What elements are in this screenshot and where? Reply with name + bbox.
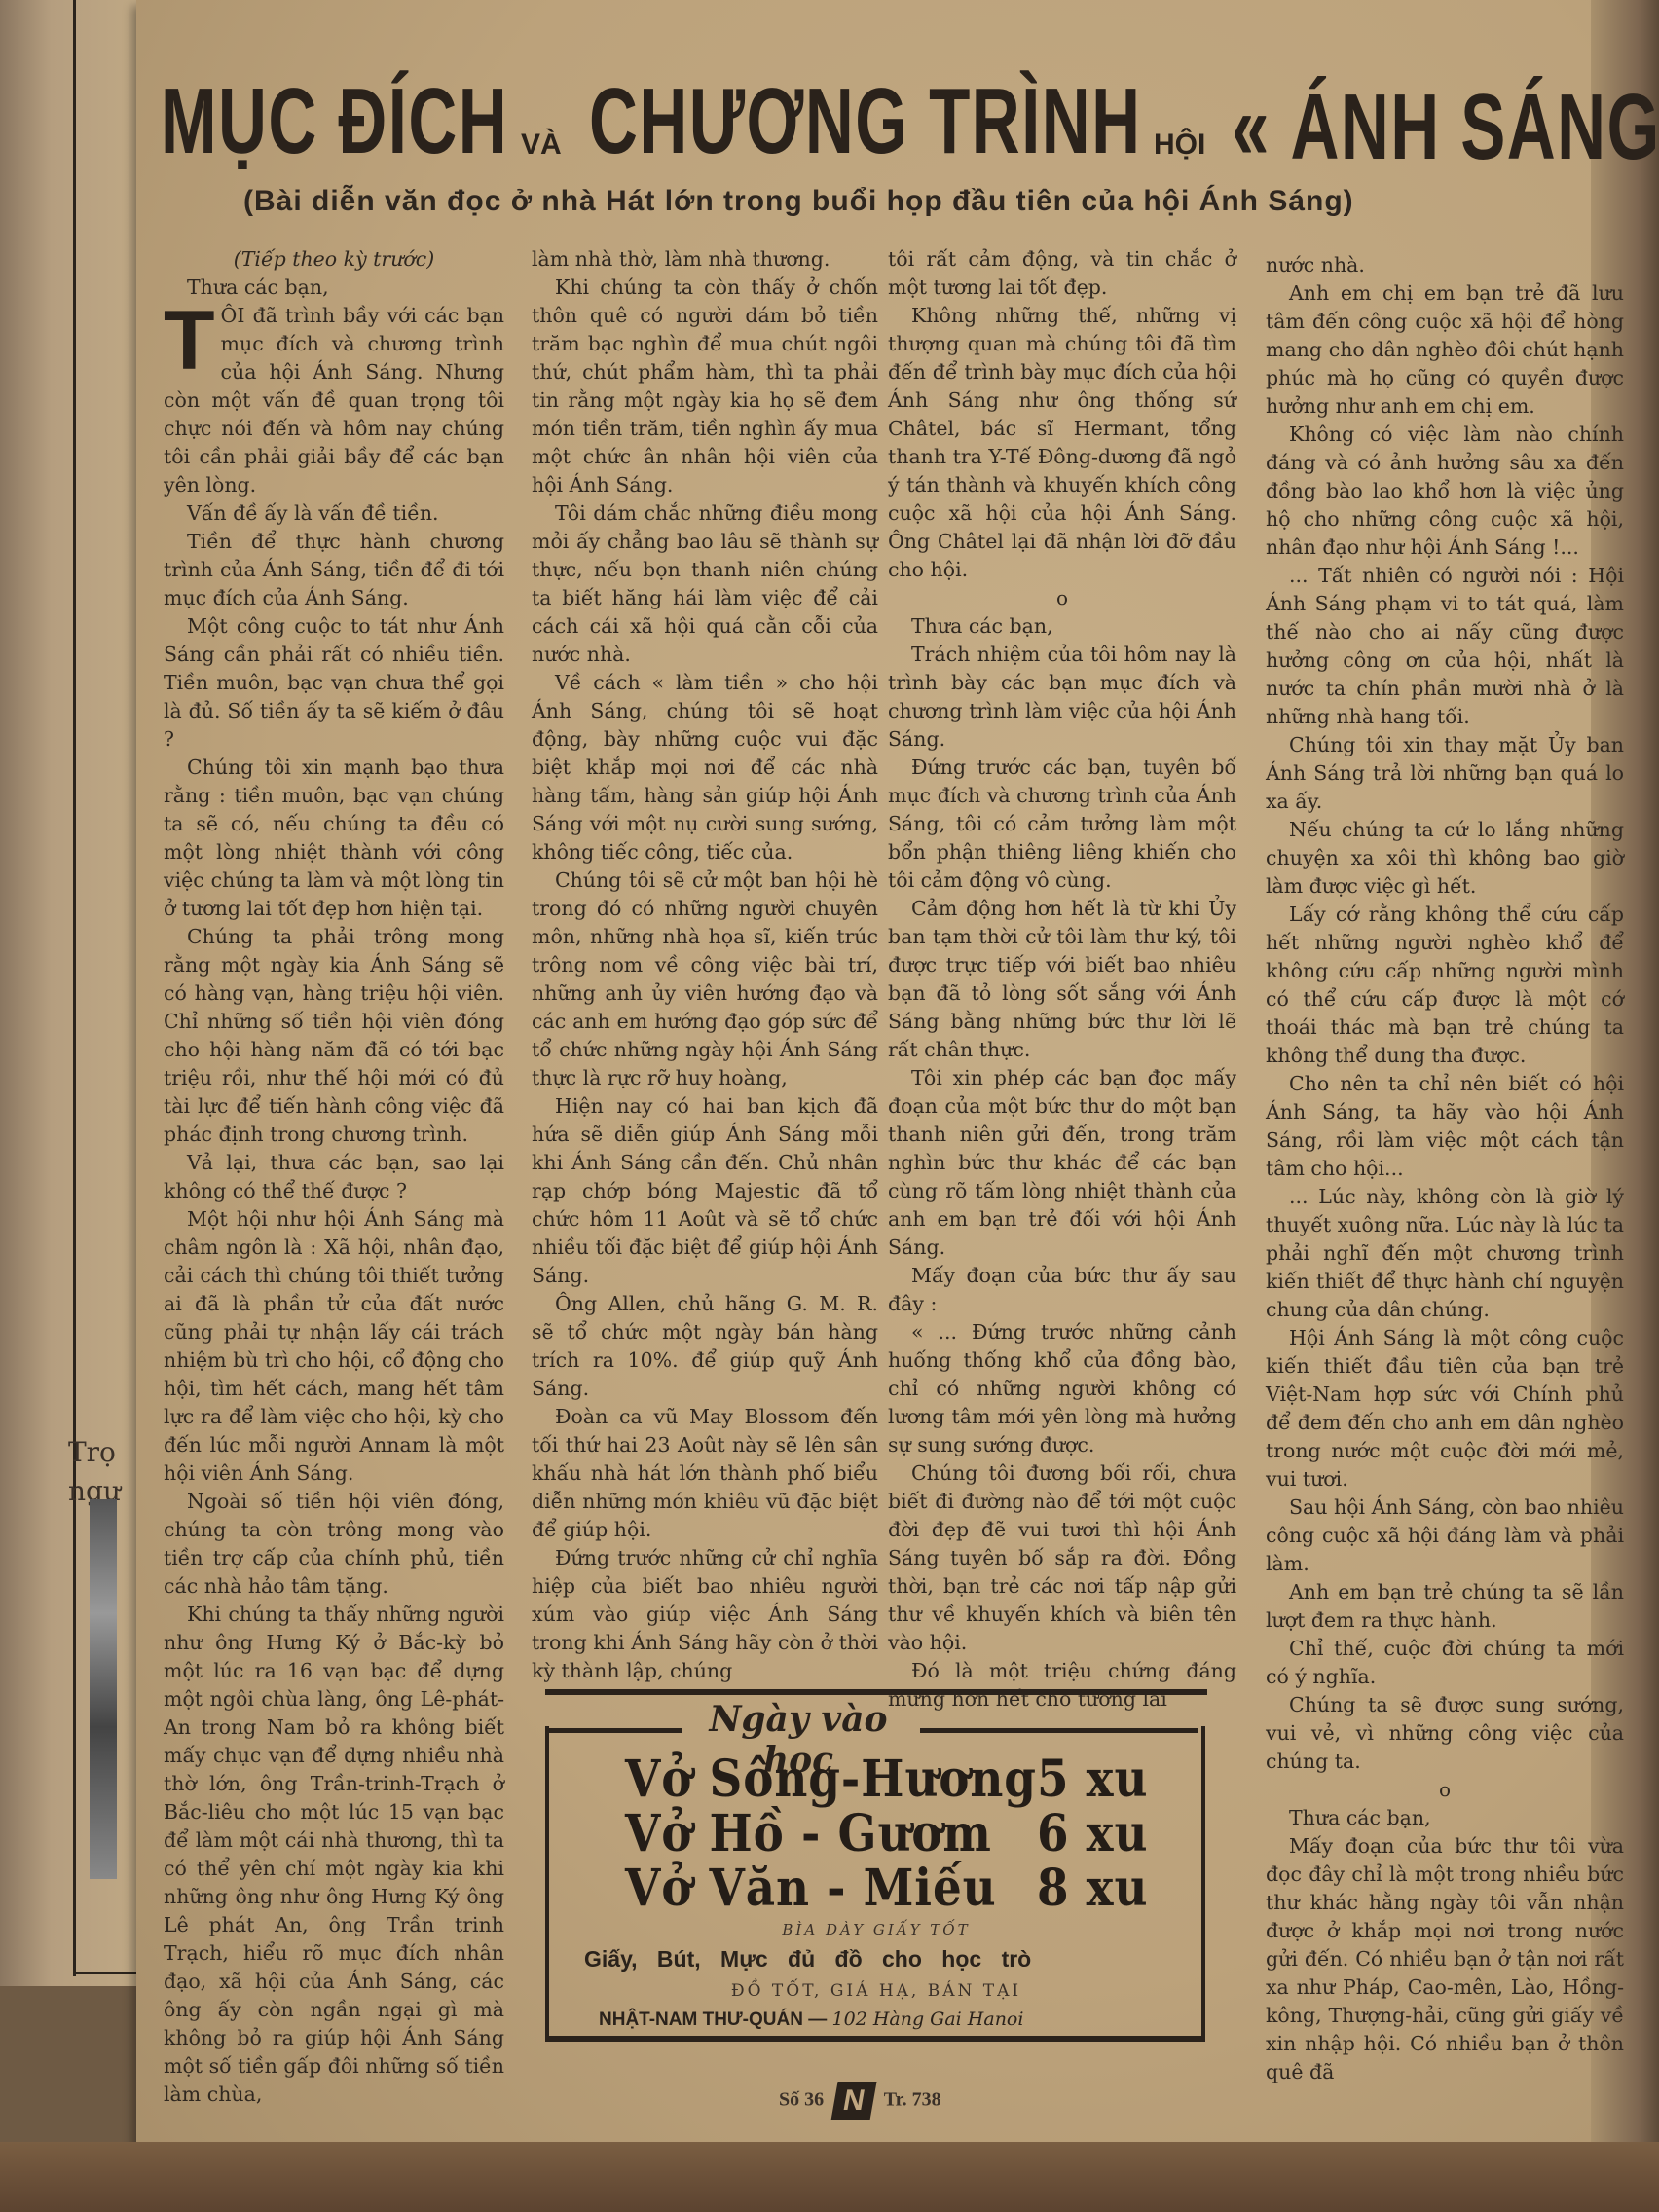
ad-product: Vở Sông-Hương5 xu (625, 1750, 1037, 1809)
paragraph: Đứng trước những cử chỉ nghĩa hiệp của b… (532, 1544, 878, 1685)
paragraph: Mấy đoạn của bức thư ấy sau đây : (888, 1262, 1236, 1318)
left-page-text-fragment: Trọ (68, 1436, 116, 1468)
title-part-2: CHƯƠNG TRÌNH (589, 68, 1141, 175)
paragraph: nước nhà. (1266, 251, 1624, 279)
ad-price: 5 xu (1037, 1750, 1148, 1809)
column-rule (73, 1972, 146, 1974)
ad-product: Vở Hồ - Gươm6 xu (625, 1804, 992, 1863)
paragraph: Lấy cớ rằng không thể cứu cấp hết những … (1266, 901, 1624, 1070)
column-rule (73, 0, 76, 1976)
paragraph: Một hội như hội Ánh Sáng mà châm ngôn là… (164, 1205, 504, 1488)
ad-price: 8 xu (1037, 1859, 1148, 1918)
school-supplies-advertisement: Ngày vào học Vở Sông-Hương5 xu Vở Hồ - G… (545, 1689, 1207, 2049)
paragraph: Nếu chúng ta cứ lo lắng những chuyện xa … (1266, 816, 1624, 901)
issue-number: Số 36 (779, 2089, 824, 2111)
paragraph: Anh em chị em bạn trẻ đã lưu tâm đến côn… (1266, 279, 1624, 421)
paragraph: Chúng ta phải trông mong rằng một ngày k… (164, 923, 504, 1149)
ad-header-rule (545, 1728, 682, 1733)
paragraph: Tiền để thực hành chương trình của Ánh S… (164, 528, 504, 612)
article-column-2: làm nhà thờ, làm nhà thương. Khi chúng t… (532, 245, 878, 1685)
paragraph: Không những thế, những vị thượng quan mà… (888, 302, 1236, 584)
paragraph: Chúng tôi xin thay mặt Ủy ban Ánh Sáng t… (1266, 731, 1624, 816)
paragraph: Chúng tôi sẽ cử một ban hội hè trong đó … (532, 866, 878, 1092)
article-column-3: tôi rất cảm động, và tin chắc ở một tươn… (888, 245, 1236, 1714)
magazine-logo-icon: N (831, 2082, 877, 2120)
paragraph: Một công cuộc to tát như Ánh Sáng cần ph… (164, 612, 504, 754)
ad-shop-line: NHẬT-NAM THƯ-QUÁN — 102 Hàng Gai Hanoi (599, 2009, 1202, 2031)
ad-shop-name: NHẬT-NAM THƯ-QUÁN (599, 2009, 803, 2030)
paragraph: TÔI đã trình bầy với các bạn mục đích và… (164, 302, 504, 499)
continued-note: (Tiếp theo kỳ trước) (164, 245, 504, 274)
paragraph: Anh em bạn trẻ chúng ta sẽ lần lượt đem … (1266, 1578, 1624, 1635)
title-conjunction: VÀ (521, 129, 562, 162)
page-footer: Số 36 N Tr. 738 (779, 2082, 941, 2120)
section-ornament: o (888, 584, 1236, 612)
salutation: Thưa các bạn, (164, 274, 504, 302)
paragraph: ... Tất nhiên có người nói : Hội Ánh Sán… (1266, 562, 1624, 731)
paragraph: Đứng trước các bạn, tuyên bố mục đích và… (888, 754, 1236, 895)
paragraph: Ngoài số tiền hội viên đóng, chúng ta cò… (164, 1488, 504, 1601)
ad-product: Vở Văn - Miếu8 xu (625, 1859, 997, 1918)
paragraph: Hiện nay có hai ban kịch đã hứa sẽ diễn … (532, 1092, 878, 1290)
paragraph: ... Lúc này, không còn là giờ lý thuyết … (1266, 1183, 1624, 1324)
paragraph: làm nhà thờ, làm nhà thương. (532, 245, 878, 274)
article-title: MỤC ĐÍCH VÀ CHƯƠNG TRÌNH HỘI « ÁNH SÁNG … (161, 68, 1641, 175)
paragraph: Khi chúng ta thấy những người như ông Hư… (164, 1601, 504, 2109)
table-surface (0, 2142, 1659, 2212)
left-page-photo-fragment (90, 1499, 117, 1879)
salutation: Thưa các bạn, (888, 612, 1236, 641)
ad-price: 6 xu (1037, 1804, 1148, 1863)
quoted-letter: « ... Đứng trước những cảnh huống thống … (888, 1318, 1236, 1459)
paragraph: Cho nên ta chỉ nên biết có hội Ánh Sáng,… (1266, 1070, 1624, 1183)
title-part-3: « ÁNH SÁNG » (1232, 74, 1659, 181)
ad-address: 102 Hàng Gai Hanoi (832, 2009, 1024, 2030)
adjacent-left-page: Trọ ngư (0, 0, 146, 1986)
paragraph: Đoàn ca vũ May Blossom đến tối thứ hai 2… (532, 1403, 878, 1544)
ad-supplies: Giấy, Bút, Mực đủ đồ cho học trò (584, 1946, 1188, 1972)
paragraph: tôi rất cảm động, và tin chắc ở một tươn… (888, 245, 1236, 302)
paragraph: Cảm động hơn hết là từ khi Ủy ban tạm th… (888, 895, 1236, 1064)
paragraph: Trách nhiệm của tôi hôm nay là trình bày… (888, 641, 1236, 754)
ad-tagline: BÌA DÀY GIẤY TỐT (545, 1921, 1207, 1938)
paragraph: Chỉ thế, cuộc đời chúng ta mới có ý nghĩ… (1266, 1635, 1624, 1691)
title-conjunction-2: HỘI (1154, 129, 1205, 162)
section-ornament: o (1266, 1776, 1624, 1804)
article-column-4: nước nhà. Anh em chị em bạn trẻ đã lưu t… (1266, 251, 1624, 2086)
paragraph: Hội Ánh Sáng là một công cuộc kiến thiết… (1266, 1324, 1624, 1493)
paragraph: Vả lại, thưa các bạn, sao lại không có t… (164, 1149, 504, 1205)
title-part-1: MỤC ĐÍCH (161, 68, 413, 175)
paragraph: Vấn đề ấy là vấn đề tiền. (164, 499, 504, 528)
article-subtitle: (Bài diễn văn đọc ở nhà Hát lớn trong bu… (243, 185, 1606, 218)
paragraph: Sau hội Ánh Sáng, còn bao nhiêu công cuộ… (1266, 1493, 1624, 1578)
paragraph: Chúng tôi xin mạnh bạo thưa rằng : tiền … (164, 754, 504, 923)
page-number: Tr. 738 (884, 2089, 941, 2111)
article-column-1: (Tiếp theo kỳ trước) Thưa các bạn, TÔI đ… (164, 245, 504, 2109)
quoted-letter: Chúng tôi đương bối rối, chưa biết đi đư… (888, 1459, 1236, 1657)
salutation: Thưa các bạn, (1266, 1804, 1624, 1832)
ad-header-rule (920, 1728, 1198, 1733)
ad-quality: ĐỒ TỐT, GIÁ HẠ, BÁN TẠI (545, 1981, 1207, 2001)
paragraph: Khi chúng ta còn thấy ở chốn thôn quê có… (532, 274, 878, 499)
paragraph: Tôi dám chắc những điều mong mỏi ấy chẳn… (532, 499, 878, 669)
paragraph: Tôi xin phép các bạn đọc mấy đoạn của mộ… (888, 1064, 1236, 1262)
drop-cap: T (164, 306, 215, 376)
ad-top-rule (545, 1689, 1207, 1695)
paragraph: Chúng ta sẽ được sung sướng, vui vẻ, vì … (1266, 1691, 1624, 1776)
paragraph: Không có việc làm nào chính đáng và có ả… (1266, 421, 1624, 562)
paragraph: Ông Allen, chủ hãng G. M. R. sẽ tổ chức … (532, 1290, 878, 1403)
paragraph: Mấy đoạn của bức thư tôi vừa đọc đây chỉ… (1266, 1832, 1624, 2086)
paragraph: Về cách « làm tiền » cho hội Ánh Sáng, c… (532, 669, 878, 866)
